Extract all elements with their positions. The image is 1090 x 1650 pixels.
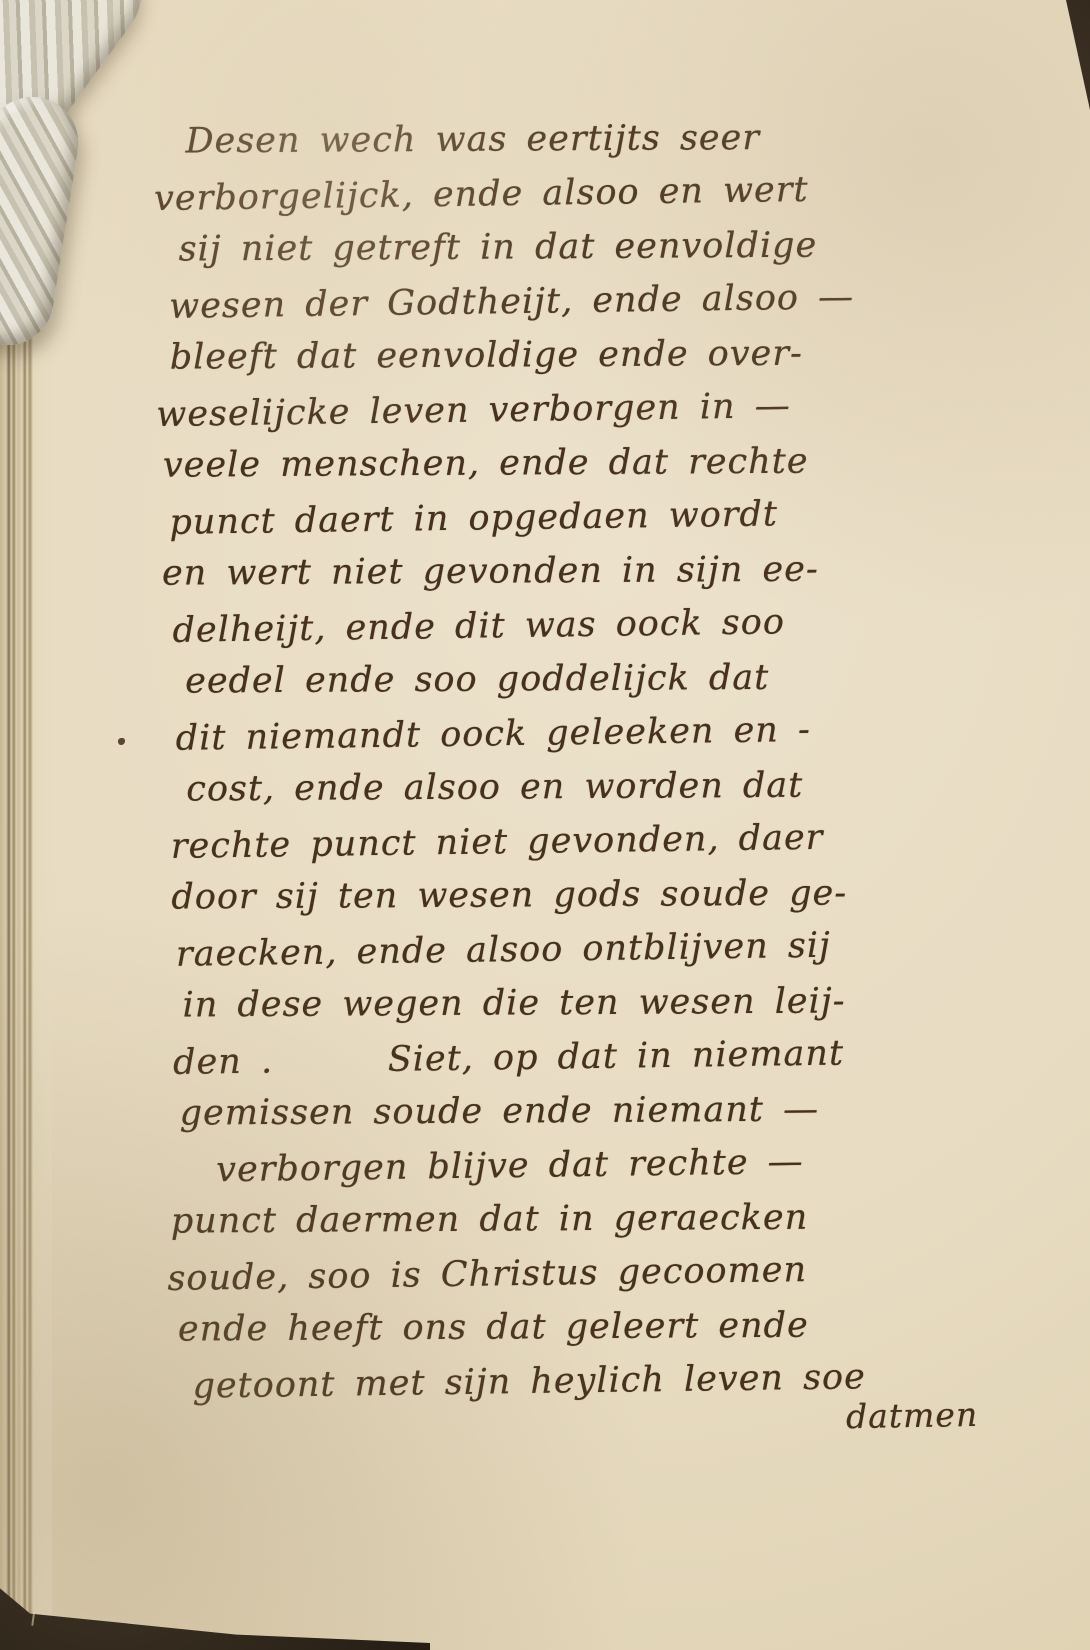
manuscript-line: dit niemandt oock geleeken en -	[159, 700, 1020, 766]
catchword: datmen	[846, 1395, 979, 1436]
manuscript-line: Desen wech was eertijts seer	[153, 109, 1013, 168]
manuscript-line: punct daermen dat in geraecken	[165, 1189, 1025, 1248]
manuscript-line: wesen der Godtheijt, ende alsoo —	[155, 268, 1016, 334]
background-corner-top-right	[1060, 0, 1090, 110]
manuscript-line: verborgen blijve dat rechte —	[164, 1132, 1025, 1198]
manuscript-line: eedel ende soo goddelijck dat	[159, 649, 1019, 708]
manuscript-line: soude, soo is Christus gecoomen	[165, 1240, 1026, 1306]
manuscript-line: raecken, ende alsoo ontblijven sij	[162, 916, 1023, 982]
manuscript-line: en wert niet gevonden in sijn ee-	[158, 541, 1018, 600]
bookmark-cord	[0, 90, 85, 351]
manuscript-page: Desen wech was eertijts seerverborgelijc…	[0, 0, 1090, 1650]
manuscript-line: rechte punct niet gevonden, daer	[161, 808, 1022, 874]
manuscript-line: veele menschen, ende dat rechte	[157, 433, 1017, 492]
manuscript-photo: Desen wech was eertijts seerverborgelijc…	[0, 0, 1090, 1650]
manuscript-line: sij niet getreft in dat eenvoldige	[154, 217, 1014, 276]
manuscript-line: verborgelijck, ende alsoo en wert	[154, 160, 1015, 226]
ink-speck	[118, 738, 125, 745]
manuscript-line: weselijcke leven verborgen in —	[156, 376, 1017, 442]
manuscript-line: delheijt, ende dit was oock soo	[158, 592, 1019, 658]
manuscript-line: punct daert in opgedaen wordt	[157, 484, 1018, 550]
manuscript-line: den . Siet, op dat in niemant	[163, 1024, 1024, 1090]
manuscript-line: ende heeft ons dat geleert ende	[166, 1297, 1026, 1356]
manuscript-line: gemissen soude ende niemant —	[164, 1081, 1024, 1140]
handwritten-text: Desen wech was eertijts seerverborgelijc…	[153, 108, 1027, 1413]
manuscript-line: in dese wegen die ten wesen leij-	[162, 973, 1022, 1032]
manuscript-line: door sij ten wesen gods soude ge-	[161, 865, 1021, 924]
background-corner-bottom-left	[0, 1580, 430, 1650]
manuscript-line: bleeft dat eenvoldige ende over-	[156, 325, 1016, 384]
manuscript-line: cost, ende alsoo en worden dat	[160, 757, 1020, 816]
